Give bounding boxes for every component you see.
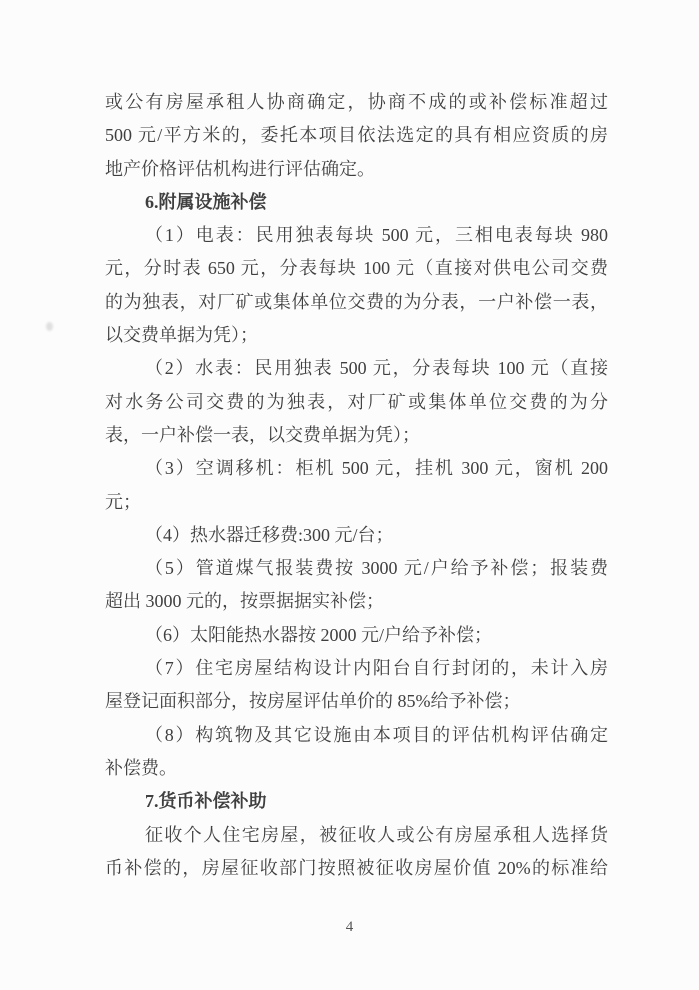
text-line: （2）水表：民用独表 500 元，分表每块 100 元（直接 xyxy=(105,352,608,385)
section-heading: 7.货币补偿补助 xyxy=(105,785,608,818)
text-line: 元，分时表 650 元，分表每块 100 元（直接对供电公司交费 xyxy=(105,252,608,285)
document-body: 或公有房屋承租人协商确定，协商不成的或补偿标准超过500 元/平方米的，委托本项… xyxy=(105,86,608,885)
text-line: 对水务公司交费的为独表，对厂矿或集体单位交费的为分 xyxy=(105,386,608,419)
text-line: 以交费单据为凭）； xyxy=(105,319,608,352)
page-number: 4 xyxy=(0,916,699,938)
text-line: （5）管道煤气报装费按 3000 元/户给予补偿；报装费 xyxy=(105,552,608,585)
document-page: 或公有房屋承租人协商确定，协商不成的或补偿标准超过500 元/平方米的，委托本项… xyxy=(0,0,699,990)
text-line: （3）空调移机：柜机 500 元，挂机 300 元，窗机 200 xyxy=(105,452,608,485)
text-line: （4）热水器迁移费:300 元/台； xyxy=(105,519,608,552)
text-line: 补偿费。 xyxy=(105,752,608,785)
text-line: （8）构筑物及其它设施由本项目的评估机构评估确定 xyxy=(105,719,608,752)
text-line: 征收个人住宅房屋，被征收人或公有房屋承租人选择货 xyxy=(105,819,608,852)
scan-speck-artifact xyxy=(46,322,53,331)
text-line: 的为独表，对厂矿或集体单位交费的为分表，一户补偿一表， xyxy=(105,286,608,319)
text-line: 地产价格评估机构进行评估确定。 xyxy=(105,153,608,186)
text-line: 币补偿的，房屋征收部门按照被征收房屋价值 20%的标准给 xyxy=(105,852,608,885)
section-heading: 6.附属设施补偿 xyxy=(105,186,608,219)
text-line: （6）太阳能热水器按 2000 元/户给予补偿； xyxy=(105,619,608,652)
text-line: 500 元/平方米的，委托本项目依法选定的具有相应资质的房 xyxy=(105,119,608,152)
text-line: 超出 3000 元的，按票据据实补偿； xyxy=(105,585,608,618)
text-line: 或公有房屋承租人协商确定，协商不成的或补偿标准超过 xyxy=(105,86,608,119)
text-line: （7）住宅房屋结构设计内阳台自行封闭的，未计入房 xyxy=(105,652,608,685)
text-line: （1）电表：民用独表每块 500 元，三相电表每块 980 xyxy=(105,219,608,252)
text-line: 屋登记面积部分，按房屋评估单价的 85%给予补偿； xyxy=(105,685,608,718)
text-line: 表，一户补偿一表，以交费单据为凭）； xyxy=(105,419,608,452)
text-line: 元； xyxy=(105,486,608,519)
